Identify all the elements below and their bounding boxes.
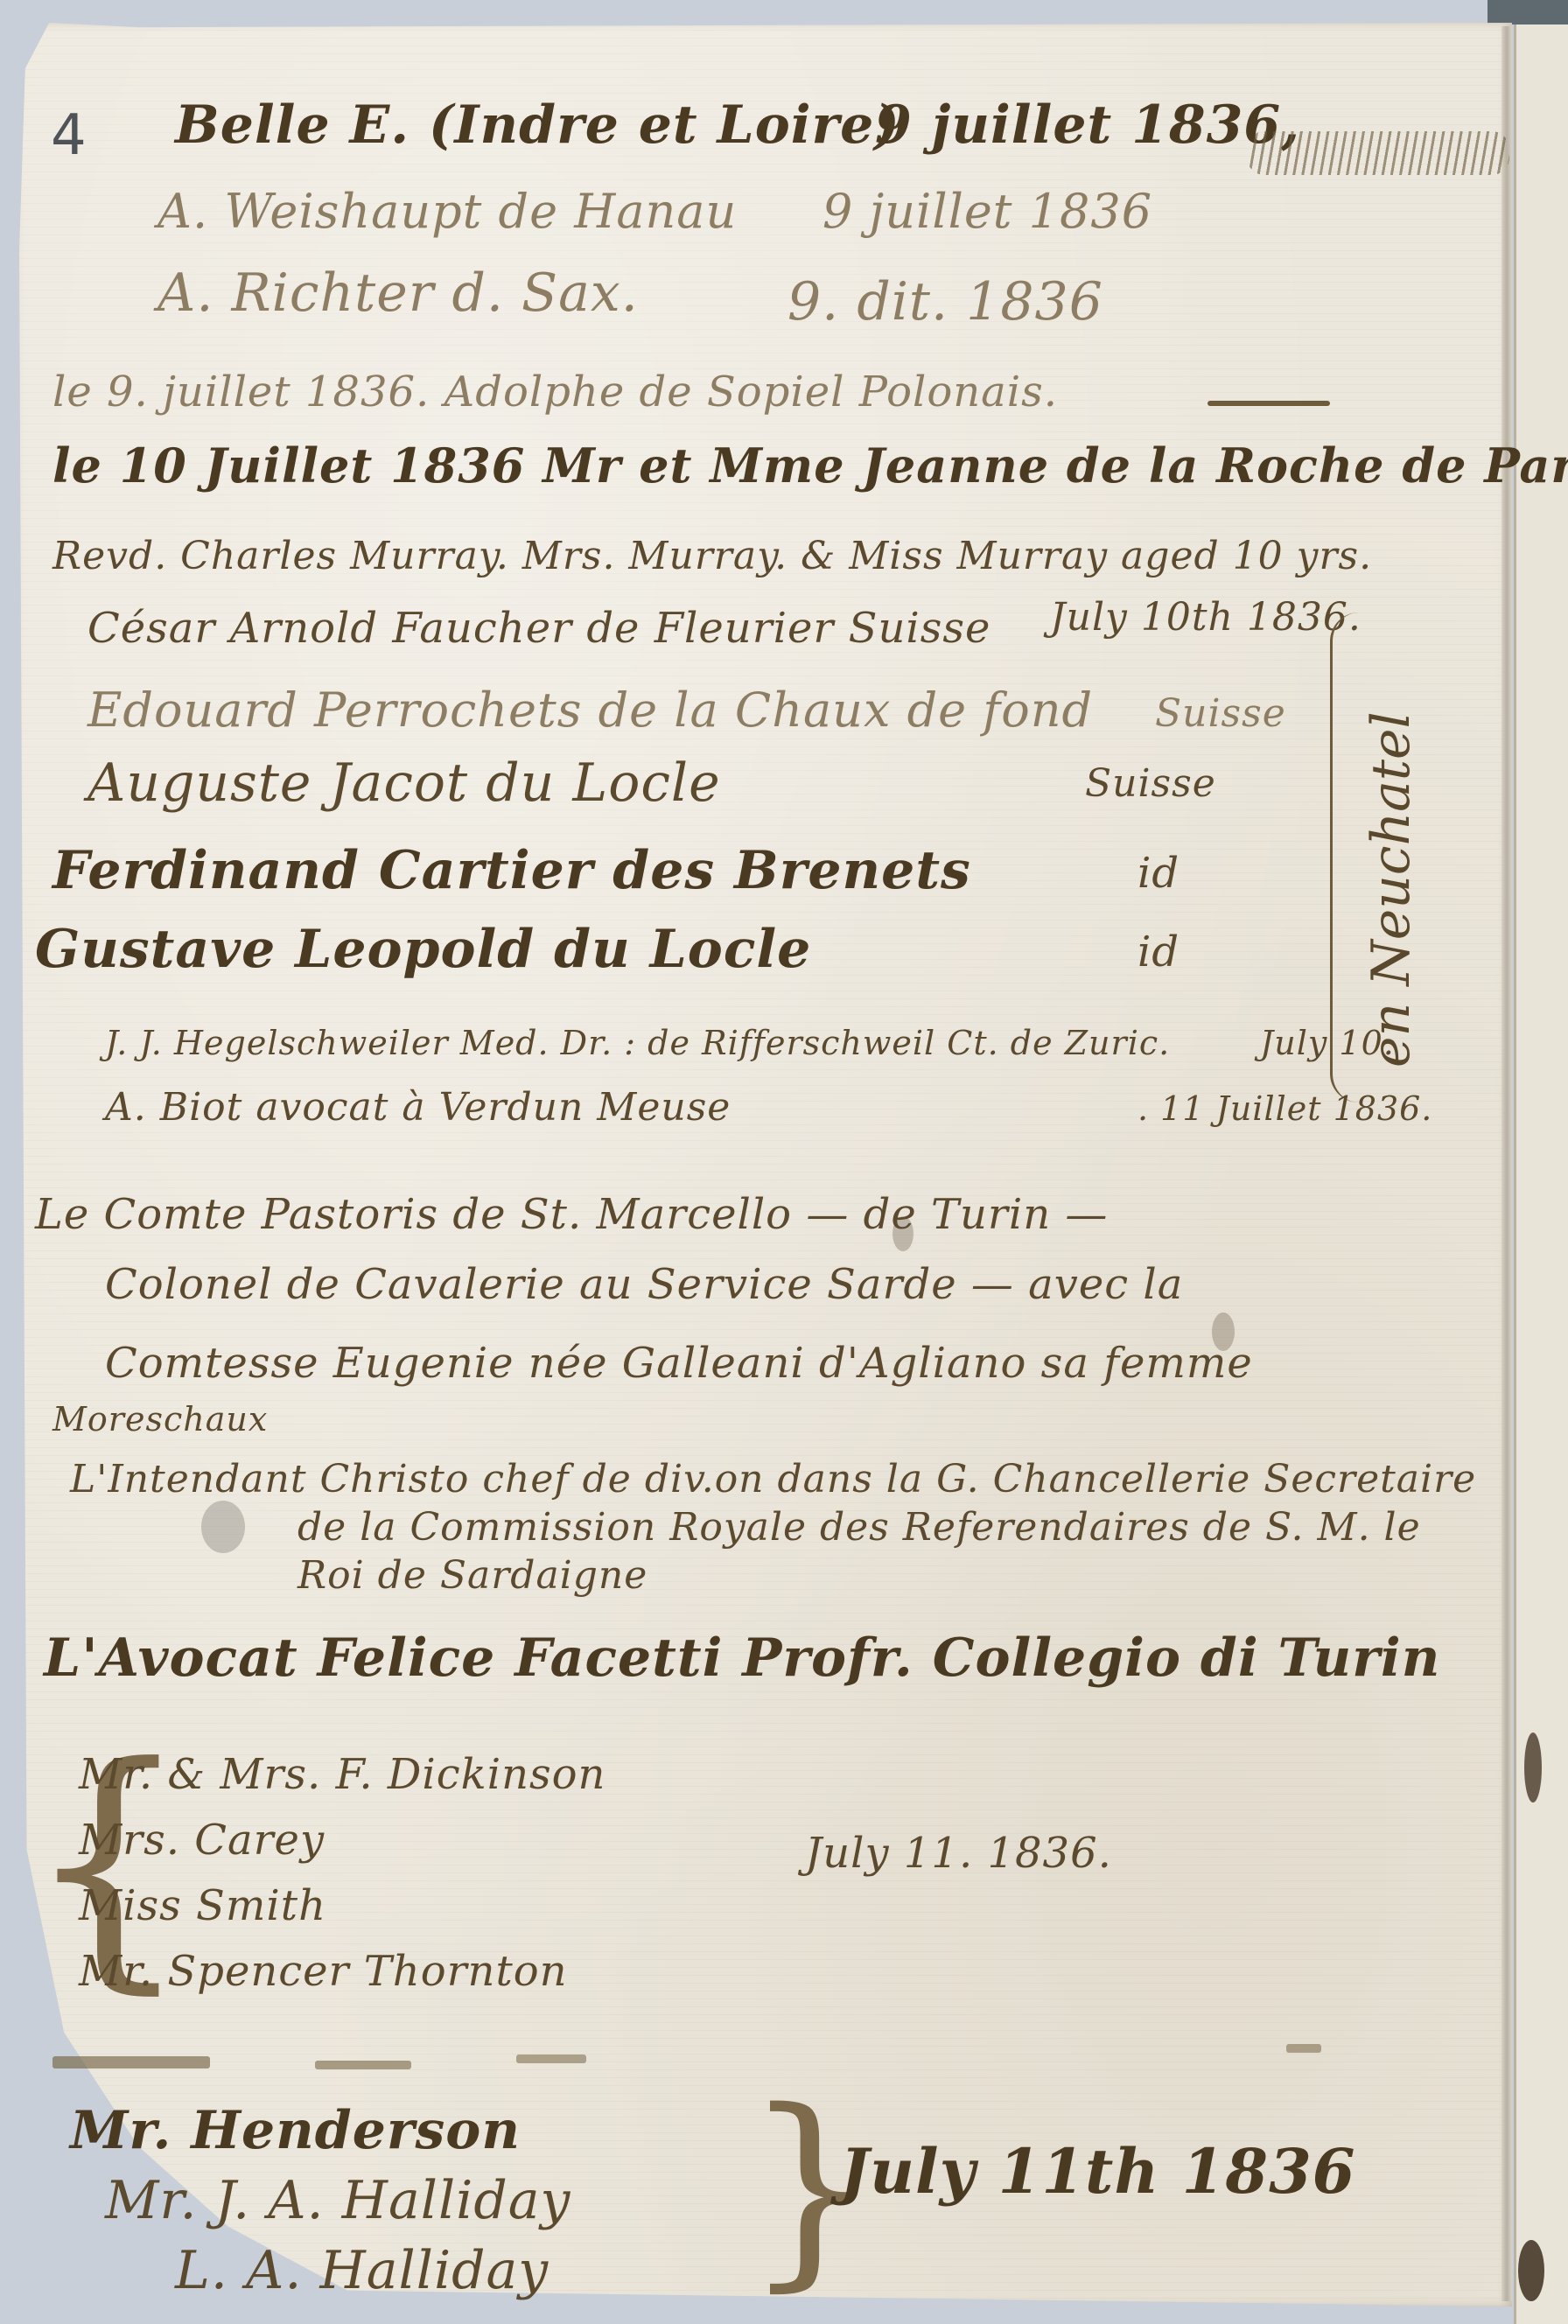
ink-blot	[1524, 1732, 1542, 1802]
entry-perrochets-origin: Suisse	[1155, 691, 1286, 736]
entry-hegelschweiler-text: J. J. Hegelschweiler Med. Dr. : de Riffe…	[105, 1024, 1170, 1062]
entry-richter-date: 9. dit. 1836	[787, 271, 1103, 332]
entry-sopiel: le 9. juillet 1836. Adolphe de Sopiel Po…	[52, 367, 1058, 416]
entry-belle-text: Belle E. (Indre et Loire)	[175, 94, 900, 156]
entry-j-halliday: Mr. J. A. Halliday	[105, 2170, 570, 2231]
entry-christo-line1: L'Intendant Christo chef de div.on dans …	[70, 1457, 1476, 1501]
entry-pastoris-line2: Colonel de Cavalerie au Service Sarde — …	[105, 1260, 1183, 1309]
entry-dickinson: Mr. & Mrs. F. Dickinson	[79, 1750, 605, 1799]
entry-thornton: Mr. Spencer Thornton	[79, 1947, 568, 1996]
page-gutter-fold	[1501, 26, 1512, 2301]
crossed-out-signature	[1247, 131, 1509, 175]
entry-l-halliday: L. A. Halliday	[175, 2240, 549, 2301]
entry-richter-text: A. Richter d. Sax.	[157, 262, 639, 324]
ink-smudge-line	[516, 2054, 586, 2063]
entry-christo-line2: de la Commission Royale des Referendaire…	[297, 1505, 1421, 1550]
ink-blot	[1518, 2240, 1544, 2301]
ink-smudge-line	[52, 2056, 210, 2068]
entry-moreschaux: Moreschaux	[52, 1400, 268, 1438]
water-stain	[201, 1501, 245, 1553]
ink-smudge-line	[1286, 2044, 1321, 2053]
page-number: 4	[51, 103, 87, 168]
adjacent-page-edge	[1514, 24, 1568, 2324]
entry-de-la-roche: le 10 Juillet 1836 Mr et Mme Jeanne de l…	[52, 437, 1568, 493]
entry-facetti: L'Avocat Felice Facetti Profr. Collegio …	[44, 1627, 1440, 1689]
entry-weishaupt-date: 9 juillet 1836	[822, 184, 1152, 239]
entry-murray: Revd. Charles Murray. Mrs. Murray. & Mis…	[52, 534, 1372, 578]
entry-leopold-origin: id	[1137, 927, 1179, 976]
entry-hegelschweiler-date: July 10.	[1260, 1024, 1395, 1062]
entry-faucher-text: César Arnold Faucher de Fleurier Suisse	[87, 604, 990, 653]
entry-cartier-origin: id	[1137, 849, 1179, 898]
entry-belle-date: 9 juillet 1836,	[875, 94, 1300, 156]
entry-jacot-origin: Suisse	[1085, 761, 1216, 806]
entry-pastoris-line1: Le Comte Pastoris de St. Marcello — de T…	[35, 1190, 1108, 1239]
entry-weishaupt-text: A. Weishaupt de Hanau	[157, 184, 737, 239]
margin-note-neuchatel: en Neuchatel	[1361, 711, 1422, 1067]
entry-christo-line3: Roi de Sardaigne	[297, 1553, 647, 1598]
entry-leopold-text: Gustave Leopold du Locle	[35, 919, 811, 980]
entry-faucher-date: July 10th 1836.	[1050, 595, 1361, 640]
entry-dash	[1207, 401, 1330, 406]
entry-halliday-group-date: July 11th 1836	[840, 2135, 1355, 2208]
entry-jacot-text: Auguste Jacot du Locle	[87, 752, 721, 814]
ink-smudge-line	[315, 2061, 411, 2069]
entry-biot-text: A. Biot avocat à Verdun Meuse	[105, 1085, 731, 1130]
entry-dickinson-group-date: July 11. 1836.	[805, 1829, 1112, 1878]
entry-henderson: Mr. Henderson	[70, 2100, 521, 2161]
scanner-background-strip	[1487, 0, 1568, 24]
entry-cartier-text: Ferdinand Cartier des Brenets	[52, 840, 971, 901]
entry-carey: Mrs. Carey	[79, 1816, 325, 1865]
entry-pastoris-line3: Comtesse Eugenie née Galleani d'Agliano …	[105, 1339, 1253, 1388]
entry-smith: Miss Smith	[79, 1881, 326, 1930]
entry-perrochets-text: Edouard Perrochets de la Chaux de fond	[87, 682, 1093, 738]
entry-biot-date: . 11 Juillet 1836.	[1137, 1089, 1432, 1128]
